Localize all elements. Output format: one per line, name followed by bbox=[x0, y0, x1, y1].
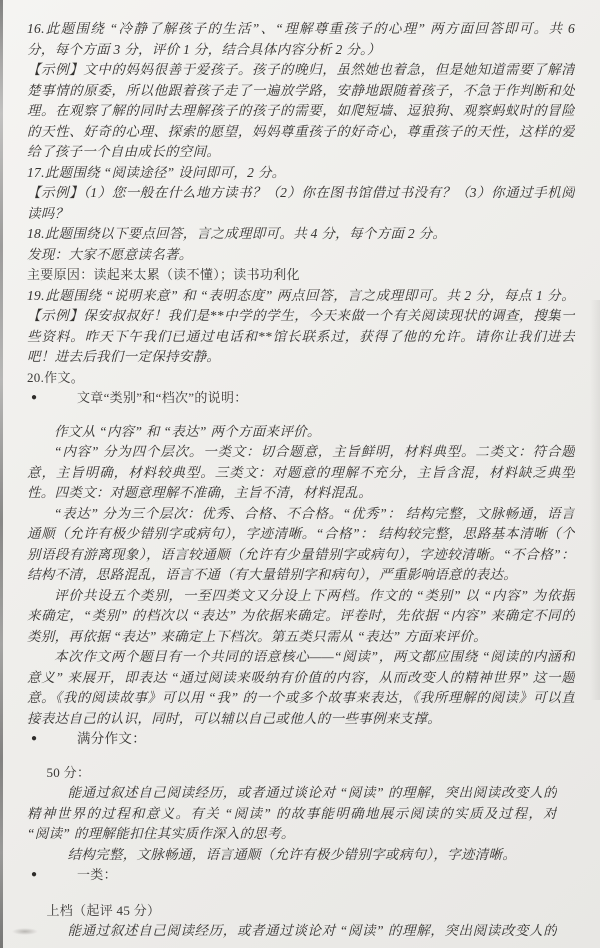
text-line: 接表达自己的认识，同时，可以辅以自己或他人的一些事例来支撑。 bbox=[27, 709, 575, 730]
text-line: 【示例】（1）您一般在什么地方读书？（2）你在图书馆借过书没有？（3）你通过手机… bbox=[27, 183, 575, 204]
bullet-icon: ● bbox=[27, 865, 77, 886]
bullet-line: ●文章“类别”和“档次”的说明： bbox=[27, 388, 575, 409]
text-line: 意，主旨明确，材料较典型。三类文：对题意的理解不充分，主旨含混，材料缺乏典型 bbox=[27, 463, 575, 484]
text-line: 能通过叙述自己阅读经历，或者通过谈论对 “阅读” 的理解，突出阅读改变人的 bbox=[27, 921, 557, 942]
bullet-label: 一类： bbox=[77, 865, 117, 886]
text-line: 发现：大家不愿意读名著。 bbox=[27, 245, 575, 266]
text-line: 【示例】文中的妈妈很善于爱孩子。孩子的晚归，虽然她也着急，但是她知道需要了解清 bbox=[27, 60, 575, 81]
text-line: “内容” 分为四个层次。一类文：切合题意，主旨鲜明，材料典型。二类文：符合题 bbox=[27, 442, 575, 463]
scanned-document-page: 16.此题围绕 “冷静了解孩子的生活”、“理解尊重孩子的心理” 两方面回答即可。… bbox=[0, 0, 600, 948]
text-line: 理。在观察了解的同时去理解孩子的孩子的需要，如爬短墙、逗狼狗、观察蚂蚁时的冒险 bbox=[27, 101, 575, 122]
text-line: “表达” 分为三个层次：优秀、合格、不合格。“优秀”： 结构完整，文脉畅通，语言 bbox=[27, 504, 575, 525]
bullet-icon: ● bbox=[27, 388, 77, 409]
bullet-icon: ● bbox=[27, 729, 77, 750]
text-line: 给了孩子一个自由成长的空间。 bbox=[27, 142, 575, 163]
bullet-line: ●一类： bbox=[27, 865, 575, 886]
text-line: 通顺（允许有极少错别字或病句），字迹清晰。“合格”： 结构较完整，思路基本清晰（… bbox=[27, 524, 575, 545]
text-line: 分，每个方面 3 分，评价 1 分，结合具体内容分析 2 分。） bbox=[27, 40, 575, 61]
text-line: 些资料。昨天下午我们已通过电话和**馆长联系过，获得了他的允许。请你让我们进去 bbox=[27, 327, 575, 348]
scan-smudge-artifact bbox=[12, 928, 38, 935]
bullet-label: 文章“类别”和“档次”的说明： bbox=[77, 388, 248, 409]
text-line: 意义” 来展开，即表达 “通过阅读来吸纳有价值的内容，从而改变人的精神世界” 这… bbox=[27, 668, 575, 689]
text-line: 能通过叙述自己阅读经历，或者通过谈论对 “阅读” 的理解，突出阅读改变人的 bbox=[27, 783, 557, 804]
text-line: 17.此题围绕 “阅读途径” 设问即可，2 分。 bbox=[27, 163, 575, 184]
text-line: 50 分： bbox=[27, 763, 575, 784]
text-line: 评价共设五个类别，一至四类文又分设上下两档。作文的 “类别” 以 “内容” 为依… bbox=[27, 586, 575, 607]
text-line: “阅读” 的理解能扣住其实质作深入的思考。 bbox=[27, 824, 575, 845]
text-line: 结构完整，文脉畅通，语言通顺（允许有极少错别字或病句），字迹清晰。 bbox=[27, 845, 575, 866]
text-line: 18.此题围绕以下要点回答，言之成理即可。共 4 分，每个方面 2 分。 bbox=[27, 224, 575, 245]
text-line: 类别，再依据 “表达” 来确定上下档次。第五类只需从 “表达” 方面来评价。 bbox=[27, 627, 575, 648]
bullet-label: 满分作文： bbox=[77, 729, 146, 750]
text-line: 19.此题围绕 “说明来意” 和 “表明态度” 两点回答，言之成理即可。共 2 … bbox=[27, 286, 575, 307]
text-line: 作文从 “内容” 和 “表达” 两个方面来评价。 bbox=[27, 422, 575, 443]
text-line: 性。四类文：对题意理解不准确，主旨不清，材料混乱。 bbox=[27, 483, 575, 504]
text-line: 结构不清，思路混乱，语言不通（有大量错别字和病句），严重影响语意的表达。 bbox=[27, 565, 575, 586]
text-line: 精神世界的过程和意义。有关 “阅读” 的故事能明确地展示阅读的实质及过程，对 bbox=[27, 804, 557, 825]
bullet-line: ●满分作文： bbox=[27, 729, 575, 750]
text-line: 16.此题围绕 “冷静了解孩子的生活”、“理解尊重孩子的心理” 两方面回答即可。… bbox=[27, 19, 575, 40]
text-line: 别语段有游离现象），语言较通顺（允许有少量错别字或病句），字迹较清晰。“不合格”… bbox=[27, 545, 575, 566]
text-line: 来确定，“类别” 的档次以 “表达” 为依据来确定。评卷时，先依据 “内容” 来… bbox=[27, 606, 575, 627]
text-line: 吧！进去后我们一定保持安静。 bbox=[27, 347, 575, 368]
text-line: 楚事情的原委，所以他跟着孩子走了一遍放学路，安静地跟随着孩子，不急于作判断和处 bbox=[27, 81, 575, 102]
text-line: 主要原因：读起来太累（读不懂）；读书功利化 bbox=[27, 265, 575, 286]
text-line: 上档（起评 45 分） bbox=[27, 901, 575, 922]
scan-edge-artifact bbox=[0, 0, 3, 948]
text-line: 的天性、好奇的心理、探索的愿望，妈妈尊重孩子的好奇心，尊重孩子的天性，这样的爱 bbox=[27, 122, 575, 143]
text-line: 本次作文两个题目有一个共同的语意核心——“阅读”，两文都应围绕 “阅读的内涵和 bbox=[27, 647, 575, 668]
text-line: 意。《我的阅读故事》可以用 “我” 的一个或多个故事来表达，《我所理解的阅读》可… bbox=[27, 688, 575, 709]
text-line: 读吗？ bbox=[27, 204, 575, 225]
text-line: 20.作文。 bbox=[27, 368, 575, 389]
text-line: 【示例】保安叔叔好！我们是**中学的学生，今天来做一个有关阅读现状的调查，搜集一 bbox=[27, 306, 575, 327]
scan-shading-artifact bbox=[590, 300, 600, 700]
document-lines: 16.此题围绕 “冷静了解孩子的生活”、“理解尊重孩子的心理” 两方面回答即可。… bbox=[27, 19, 575, 942]
